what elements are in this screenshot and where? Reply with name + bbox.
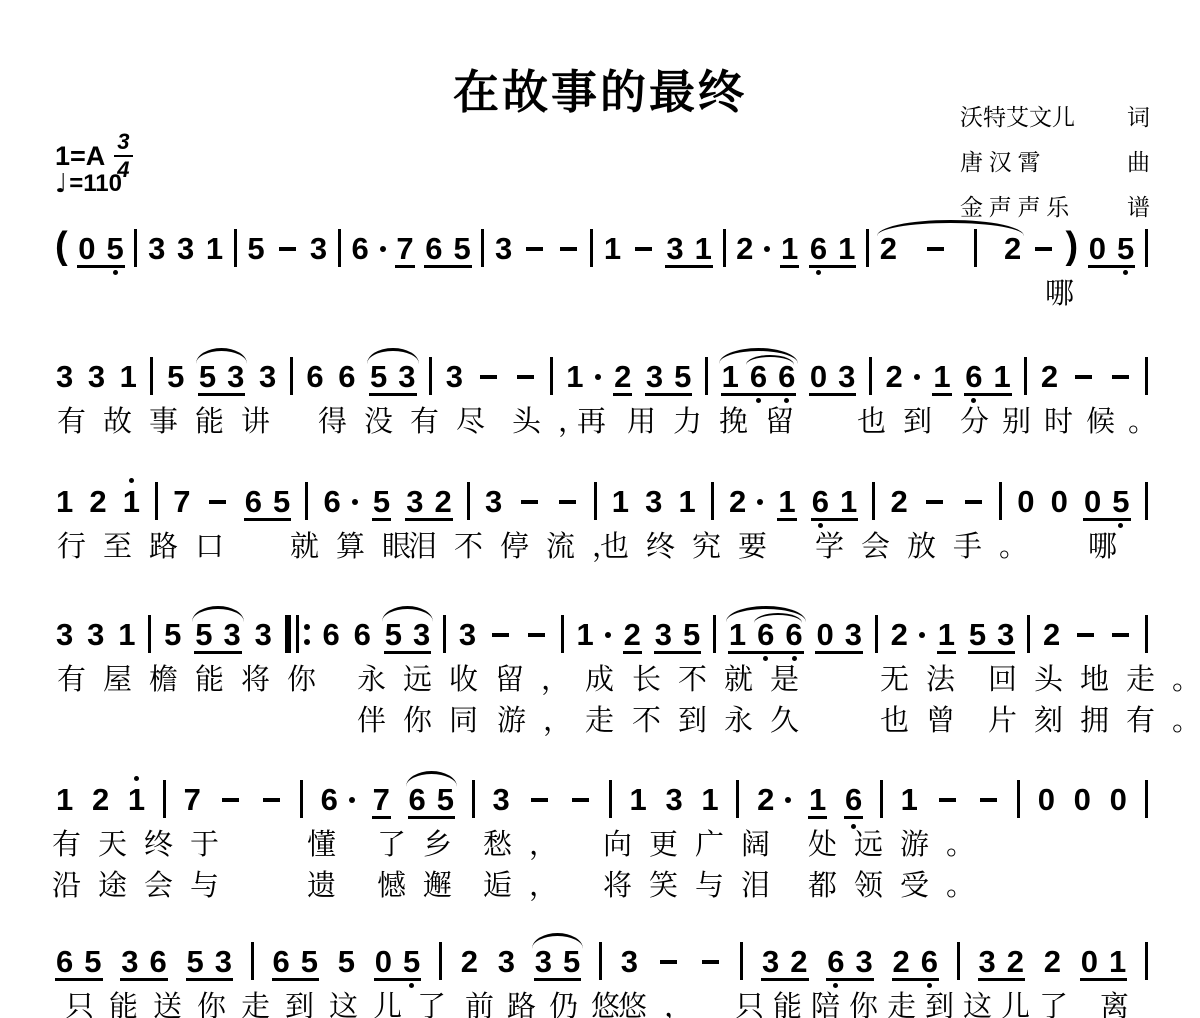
- lyric-segment: 用力挽留: [627, 399, 811, 440]
- note: [557, 223, 581, 278]
- note: 2: [789, 936, 808, 991]
- note-digit: 2: [1043, 945, 1062, 978]
- note-digit: 5: [300, 945, 319, 978]
- note-group: 61: [964, 351, 1012, 406]
- dotted-note: 2: [756, 774, 791, 829]
- octave-dot-below: [452, 265, 471, 278]
- lyric-segment: 憾邂: [377, 863, 469, 904]
- note-digit: 2: [1003, 232, 1022, 265]
- note-digit: [1072, 360, 1096, 393]
- note-digit: 6: [809, 232, 828, 265]
- note-digit: 5: [166, 360, 185, 393]
- barline: [150, 357, 153, 395]
- octave-dot-above: [568, 774, 592, 783]
- dotted-note: 6: [320, 774, 355, 829]
- note: 3: [645, 351, 664, 406]
- note: 1: [55, 476, 74, 531]
- note-group: 65: [272, 936, 320, 991]
- note-digit: 6: [749, 360, 768, 393]
- note: 5: [83, 936, 102, 991]
- beam-row: 03: [809, 351, 857, 406]
- note-digit: 6: [320, 783, 339, 816]
- octave-dot-below: [809, 265, 828, 278]
- note-digit: 3: [837, 360, 856, 393]
- barline: [599, 942, 602, 980]
- augmentation-dot: [595, 374, 601, 380]
- note-digit: 5: [436, 783, 455, 816]
- octave-dot-below: [1073, 816, 1092, 829]
- octave-dot-above: [1073, 609, 1097, 618]
- note-digit: [477, 360, 501, 393]
- augmentation-dot: [764, 246, 770, 252]
- barline: [163, 780, 166, 818]
- note-digit: [1109, 618, 1133, 651]
- barline: [561, 615, 564, 653]
- note-digit: [657, 945, 681, 978]
- note-group: 03: [815, 609, 863, 664]
- octave-dot-above: [936, 774, 960, 783]
- lyric-segment: 成: [585, 657, 631, 698]
- note-digit: 5: [246, 232, 265, 265]
- lyric-segment: 片刻拥有。: [988, 698, 1200, 739]
- note-digit: 2: [789, 945, 808, 978]
- note-group: 32: [761, 936, 809, 991]
- note-digit: 6: [305, 360, 324, 393]
- note: [556, 476, 580, 531]
- lyric-segment: 伴你同: [357, 698, 495, 739]
- music-system-5: 1217676531312161000有天终于懂了乡愁，向更广阔处远游。沿途会与…: [55, 774, 1148, 832]
- note-digit: 1: [122, 485, 141, 518]
- note-digit: 2: [885, 360, 904, 393]
- augmentation-dot: [352, 499, 358, 505]
- note: 2: [1040, 351, 1059, 406]
- note-digit: [219, 783, 243, 816]
- beam-row: 166: [728, 609, 804, 664]
- note-group: 166: [721, 351, 797, 406]
- note: 6: [55, 936, 74, 991]
- note-digit: [513, 360, 537, 393]
- note-digit: 5: [83, 945, 102, 978]
- octave-dot-below: [147, 265, 166, 278]
- beam-row: 35: [534, 936, 582, 991]
- parenthesis: ): [1065, 227, 1078, 265]
- note: 2: [460, 936, 479, 991]
- lyric-segment: 无法: [880, 657, 972, 698]
- octave-dot-above: [523, 223, 547, 232]
- beam-row: 53: [369, 351, 417, 406]
- note: 6: [272, 936, 291, 991]
- note: 3: [665, 223, 684, 278]
- lyric-segment: 只能陪你走到这儿了: [735, 984, 1077, 1018]
- octave-dot-below: [837, 265, 856, 278]
- note: 2: [434, 476, 453, 531]
- note: 7: [183, 774, 202, 829]
- octave-dot-above: [275, 223, 299, 232]
- note-digit: 1: [603, 232, 622, 265]
- note: 7: [172, 476, 191, 531]
- note: 6: [320, 774, 339, 829]
- note-digit: 5: [682, 618, 701, 651]
- octave-dot-below: [275, 265, 299, 278]
- note-group: 53: [186, 936, 234, 991]
- note-digit: 2: [91, 783, 110, 816]
- lyric-segment: 沿途会与: [52, 863, 236, 904]
- note-digit: 6: [844, 783, 863, 819]
- note-group: 65: [55, 936, 103, 991]
- note: [924, 223, 948, 278]
- note-digit: 3: [996, 618, 1015, 651]
- note-digit: 1: [119, 360, 138, 393]
- note-digit: [936, 783, 960, 816]
- note: 6: [323, 476, 342, 531]
- note: 3: [86, 609, 105, 664]
- note-digit: 5: [186, 945, 205, 978]
- dotted-note: 2: [728, 476, 763, 531]
- note-digit: 5: [452, 232, 471, 265]
- note-digit: 3: [644, 485, 663, 518]
- note-digit: 2: [460, 945, 479, 978]
- note-group: 05: [1083, 476, 1131, 531]
- note: 1: [678, 476, 697, 531]
- note-digit: [557, 232, 581, 265]
- octave-dot-below: [1003, 265, 1022, 278]
- note-digit: 5: [337, 945, 356, 978]
- note-digit: 2: [756, 783, 775, 816]
- note: 5: [186, 936, 205, 991]
- note-digit: 3: [412, 618, 431, 651]
- note-group: 166: [728, 609, 804, 664]
- note-group: 35: [645, 351, 693, 406]
- lyric-segment: 有天终于: [52, 822, 236, 863]
- beam-row: 03: [815, 609, 863, 664]
- note: 5: [402, 936, 421, 991]
- note: 2: [88, 476, 107, 531]
- beam-row: 61: [809, 223, 857, 278]
- octave-dot-below: [77, 265, 96, 278]
- note-digit: [556, 485, 580, 518]
- note: [206, 476, 230, 531]
- note-digit: 7: [395, 232, 414, 268]
- note: 3: [445, 351, 464, 406]
- note-digit: 3: [55, 360, 74, 393]
- barline: [338, 229, 341, 267]
- note-digit: 5: [163, 618, 182, 651]
- octave-dot-below: [557, 265, 581, 278]
- note-digit: 5: [372, 485, 391, 521]
- note: 5: [246, 223, 265, 278]
- note-group: 05: [1088, 223, 1136, 278]
- lyric-segment: 哪: [1088, 524, 1134, 565]
- note: 1: [694, 223, 713, 278]
- note-digit: 3: [120, 945, 139, 978]
- augmentation-dot: [757, 499, 763, 505]
- note: [936, 774, 960, 829]
- music-system-6: 653653655052335332632632201只能送你走到这儿了前路仍悠…: [55, 936, 1148, 991]
- beam-row: 63: [826, 936, 874, 991]
- octave-dot-below: [780, 268, 799, 281]
- note-digit: 5: [402, 945, 421, 978]
- note: 1: [565, 351, 584, 406]
- note-digit: 6: [964, 360, 983, 393]
- note-digit: 3: [147, 232, 166, 265]
- note-digit: 6: [55, 945, 74, 978]
- note-digit: 1: [1108, 945, 1127, 978]
- octave-dot-above: [1072, 351, 1096, 360]
- barline: [429, 357, 432, 395]
- barline: [1017, 780, 1020, 818]
- note: 0: [1088, 223, 1107, 278]
- octave-dot-below: [1037, 816, 1056, 829]
- note-digit: 6: [244, 485, 263, 518]
- lyric-segment: 游，: [497, 698, 589, 739]
- octave-dot-above: [557, 223, 581, 232]
- augmentation-dot: [919, 632, 925, 638]
- octave-dot-below: [309, 265, 328, 278]
- note-digit: 5: [272, 485, 291, 518]
- beam-row: 36: [120, 936, 168, 991]
- note: [1072, 351, 1096, 406]
- barline: [251, 942, 254, 980]
- lyric-segment: 处远游。: [808, 822, 992, 863]
- barline: [974, 229, 977, 267]
- lyric-segment: 行至路口: [57, 524, 241, 565]
- note-digit: 3: [534, 945, 553, 978]
- octave-dot-below: [815, 651, 834, 664]
- note-digit: 1: [900, 783, 919, 816]
- barline: [305, 482, 308, 520]
- note-digit: 6: [350, 232, 369, 265]
- lyric-segment: 向更广阔: [603, 822, 787, 863]
- note-group: 32: [978, 936, 1026, 991]
- note-digit: 6: [337, 360, 356, 393]
- note: 2: [879, 223, 898, 278]
- repeat-thin-bar: [296, 615, 299, 653]
- music-system-3: 12176565323131216120005行至路口就算眼泪不停流，也终究要学…: [55, 476, 1148, 534]
- beam-row: 05: [1088, 223, 1136, 278]
- note: 2: [735, 223, 754, 278]
- lyric-segment: 有屋檐能将你: [57, 657, 333, 698]
- note-digit: [489, 618, 513, 651]
- note-digit: 3: [978, 945, 997, 978]
- note: 5: [300, 936, 319, 991]
- note-digit: 1: [808, 783, 827, 819]
- note-digit: 0: [1080, 945, 1099, 978]
- note: [699, 936, 723, 991]
- augmentation-dot: [605, 632, 611, 638]
- note: 3: [996, 609, 1015, 664]
- note: 3: [978, 936, 997, 991]
- octave-dot-above: [961, 476, 985, 485]
- beam-row: 35: [654, 609, 702, 664]
- note-group: 36: [120, 936, 168, 991]
- octave-dot-below: [350, 265, 369, 278]
- note: [1032, 223, 1056, 278]
- note: 0: [1080, 936, 1099, 991]
- octave-dot-below: [1050, 518, 1069, 531]
- dotted-note: 6: [350, 223, 385, 278]
- lyric-segment: 悠，: [618, 984, 710, 1018]
- note: 3: [458, 609, 477, 664]
- octave-dot-above: [657, 936, 681, 945]
- note: 3: [761, 936, 780, 991]
- lyric-segment: 走: [585, 698, 631, 739]
- note: 1: [721, 351, 740, 406]
- note: 1: [205, 223, 224, 278]
- octave-dot-below: [1080, 978, 1099, 991]
- octave-dot-above: [489, 609, 513, 618]
- note-digit: 5: [106, 232, 125, 265]
- note: 6: [784, 609, 803, 664]
- barline: [467, 482, 470, 520]
- note-digit: 2: [1042, 618, 1061, 651]
- note: [523, 223, 547, 278]
- note-digit: 5: [369, 360, 388, 393]
- note: 3: [844, 609, 863, 664]
- octave-dot-below: [735, 265, 754, 278]
- beam-row: 166: [721, 351, 797, 406]
- note-digit: 7: [372, 783, 391, 819]
- note: [517, 476, 541, 531]
- octave-dot-above: [517, 476, 541, 485]
- note: 6: [811, 476, 830, 531]
- note: 2: [756, 774, 775, 829]
- note: 0: [1037, 774, 1056, 829]
- note-digit: [699, 945, 723, 978]
- note: 1: [629, 774, 648, 829]
- note: 1: [119, 351, 138, 406]
- note-digit: 1: [992, 360, 1011, 393]
- octave-dot-above: [1108, 351, 1132, 360]
- barline: [736, 780, 739, 818]
- note-digit: [527, 783, 551, 816]
- barline: [439, 942, 442, 980]
- octave-dot-below: [632, 265, 656, 278]
- note-digit: 3: [214, 945, 233, 978]
- barline: [869, 357, 872, 395]
- note-digit: 1: [837, 232, 856, 265]
- music-system-2: 33155336653312351660321612有故事能讲得没有尽头，再用力…: [55, 351, 1148, 409]
- note-digit: 0: [809, 360, 828, 393]
- note-digit: 3: [855, 945, 874, 978]
- note-digit: 3: [645, 360, 664, 393]
- note-digit: 1: [55, 783, 74, 816]
- octave-dot-below: [694, 265, 713, 278]
- dotted-note: 1: [576, 609, 611, 664]
- note: 1: [576, 609, 595, 664]
- barline: [711, 482, 714, 520]
- barline: [609, 780, 612, 818]
- note-digit: 6: [784, 618, 803, 651]
- note-digit: 2: [613, 360, 632, 396]
- note: 3: [309, 223, 328, 278]
- octave-dot-below: [837, 393, 856, 406]
- octave-dot-below: [424, 265, 443, 278]
- barline: [590, 229, 593, 267]
- note-group: 53: [194, 609, 242, 664]
- octave-dot-below: [809, 393, 828, 406]
- octave-dot-above: [699, 936, 723, 945]
- note-group: 22: [879, 223, 1023, 278]
- octave-dot-below: [205, 265, 224, 278]
- note-digit: 1: [678, 485, 697, 518]
- note: 3: [405, 476, 424, 531]
- beam-row: 53: [186, 936, 234, 991]
- note-digit: 1: [694, 232, 713, 265]
- note-digit: [517, 485, 541, 518]
- barline: [880, 780, 883, 818]
- lyric-segment: 愁，: [483, 822, 575, 863]
- note-digit: 1: [205, 232, 224, 265]
- note: 2: [890, 476, 909, 531]
- note: [275, 223, 299, 278]
- dotted-note: 2: [735, 223, 770, 278]
- note: 2: [728, 476, 747, 531]
- note-group: 05: [374, 936, 422, 991]
- note-digit: 1: [700, 783, 719, 816]
- note: [632, 223, 656, 278]
- lyric-segment: 都领受。: [808, 863, 992, 904]
- octave-dot-below: [1116, 265, 1135, 278]
- beam-row: 65: [272, 936, 320, 991]
- note-group: 35: [534, 936, 582, 991]
- note-digit: [275, 232, 299, 265]
- note-digit: 1: [576, 618, 595, 651]
- note: 6: [777, 351, 796, 406]
- note-digit: 1: [117, 618, 136, 651]
- note-digit: 1: [932, 360, 951, 396]
- lyric-segment: 得没有尽: [318, 399, 502, 440]
- note: 1: [122, 476, 141, 531]
- beam-row: 53: [194, 609, 242, 664]
- note: 0: [815, 609, 834, 664]
- octave-dot-below: [844, 651, 863, 664]
- note-digit: 2: [890, 618, 909, 651]
- barline: [713, 615, 716, 653]
- octave-dot-below: [924, 265, 948, 278]
- note: 2: [1006, 936, 1025, 991]
- note-digit: 1: [721, 360, 740, 393]
- beam-row: 61: [964, 351, 1012, 406]
- note-digit: 3: [761, 945, 780, 978]
- barline: [872, 482, 875, 520]
- repeat-dot: [304, 639, 310, 645]
- note: 5: [436, 774, 455, 829]
- music-systems: (053315367653131216122)05哪33155336653312…: [0, 0, 1200, 1018]
- beam-row: 32: [761, 936, 809, 991]
- lyric-segment: 哪: [1045, 271, 1091, 312]
- dotted-note: 6: [323, 476, 358, 531]
- lyric-segment: 回头地走。: [988, 657, 1200, 698]
- note: 1: [611, 476, 630, 531]
- octave-dot-below: [523, 265, 547, 278]
- barline: [1145, 229, 1148, 267]
- note-digit: 3: [222, 618, 241, 651]
- note-digit: 3: [484, 485, 503, 518]
- barline: [875, 615, 878, 653]
- note-digit: 6: [424, 232, 443, 265]
- note-digit: 0: [1037, 783, 1056, 816]
- note: 6: [424, 223, 443, 278]
- note: 5: [1116, 223, 1135, 278]
- note-digit: 1: [127, 783, 146, 816]
- note-digit: 3: [176, 232, 195, 265]
- note-group: 05: [77, 223, 125, 278]
- note-digit: [924, 232, 948, 265]
- note-group: 53: [968, 609, 1016, 664]
- note-digit: [923, 485, 947, 518]
- octave-dot-below: [246, 265, 265, 278]
- note: 6: [305, 351, 324, 406]
